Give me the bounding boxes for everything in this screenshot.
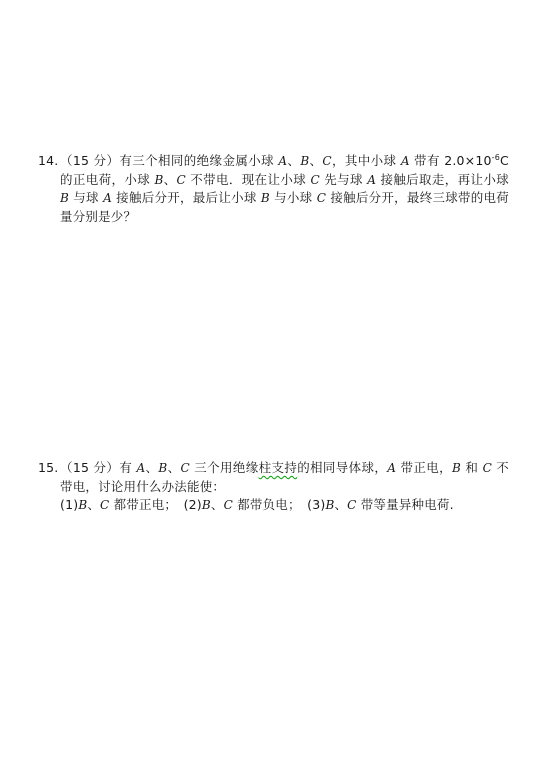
text-segment: （15 分）有三个相同的绝缘金属小球	[60, 153, 278, 168]
question-15-subitems: (1)B、C 都带正电； (2)B、C 都带负电； (3)B、C 带等量异种电荷…	[60, 496, 509, 515]
text-segment: (2)	[184, 497, 202, 512]
question-14: 14. （15 分）有三个相同的绝缘金属小球 A、B、C，其中小球 A 带有 2…	[38, 152, 509, 226]
question-15: 15. （15 分）有 A、B、C 三个用绝缘柱支持的相同导体球，A 带正电，B…	[38, 459, 509, 515]
text-segment: ，其中小球	[332, 153, 401, 168]
ball-b-label: B	[60, 191, 69, 205]
question-15-body: （15 分）有 A、B、C 三个用绝缘柱支持的相同导体球，A 带正电，B 和 C…	[60, 459, 509, 515]
text-segment: 与小球	[270, 190, 317, 205]
question-14-number: 14.	[38, 152, 60, 171]
text-segment: 、	[145, 460, 158, 475]
ball-c-label: C	[180, 461, 189, 475]
ball-c-label: C	[224, 498, 233, 512]
text-segment: 带有 2.0×10	[410, 153, 492, 168]
ball-a-label: A	[367, 173, 376, 187]
ball-b-label: B	[78, 498, 87, 512]
text-segment: 接触后取走，再让小球	[376, 172, 509, 187]
grammar-check-underlined-text: 柱支持	[259, 460, 298, 475]
exponent-superscript: -6	[492, 153, 500, 162]
ball-b-label: B	[261, 191, 270, 205]
text-segment: 、	[211, 497, 224, 512]
text-segment: 和	[461, 460, 483, 475]
text-segment: 、	[167, 460, 180, 475]
ball-c-label: C	[483, 461, 492, 475]
question-14-text: （15 分）有三个相同的绝缘金属小球 A、B、C，其中小球 A 带有 2.0×1…	[60, 152, 509, 226]
text-segment: （15 分）有	[60, 460, 136, 475]
question-14-body: （15 分）有三个相同的绝缘金属小球 A、B、C，其中小球 A 带有 2.0×1…	[60, 152, 509, 226]
ball-a-label: A	[103, 191, 112, 205]
text-segment: 都带正电；	[109, 497, 183, 512]
text-segment: 、	[334, 497, 347, 512]
ball-c-label: C	[347, 498, 356, 512]
ball-b-label: B	[452, 461, 461, 475]
text-segment: (1)	[60, 497, 78, 512]
ball-c-label: C	[322, 154, 331, 168]
text-segment: 、	[287, 153, 300, 168]
text-segment: 都带负电；	[233, 497, 307, 512]
ball-a-label: A	[278, 154, 287, 168]
ball-b-label: B	[300, 154, 309, 168]
ball-a-label: A	[401, 154, 410, 168]
text-segment: 的相同导体球，	[297, 460, 387, 475]
text-segment: 、	[164, 172, 177, 187]
text-segment: 三个用绝缘	[190, 460, 259, 475]
ball-c-label: C	[177, 173, 186, 187]
text-segment: 不带电．现在让小球	[186, 172, 311, 187]
text-segment: 、	[87, 497, 100, 512]
ball-c-label: C	[311, 173, 320, 187]
text-segment: 接触后分开，最后让小球	[112, 190, 261, 205]
text-segment: 带等量异种电荷.	[357, 497, 454, 512]
ball-a-label: A	[387, 461, 396, 475]
text-segment: (3)	[307, 497, 325, 512]
text-segment: 先与球	[320, 172, 367, 187]
ball-c-label: C	[317, 191, 326, 205]
text-segment: 带正电，	[396, 460, 452, 475]
ball-b-label: B	[202, 498, 211, 512]
question-15-number: 15.	[38, 459, 60, 478]
ball-b-label: B	[154, 173, 163, 187]
text-segment: 、	[309, 153, 322, 168]
question-15-text: （15 分）有 A、B、C 三个用绝缘柱支持的相同导体球，A 带正电，B 和 C…	[60, 459, 509, 496]
text-segment: 与球	[69, 190, 103, 205]
document-page: 14. （15 分）有三个相同的绝缘金属小球 A、B、C，其中小球 A 带有 2…	[0, 0, 539, 773]
